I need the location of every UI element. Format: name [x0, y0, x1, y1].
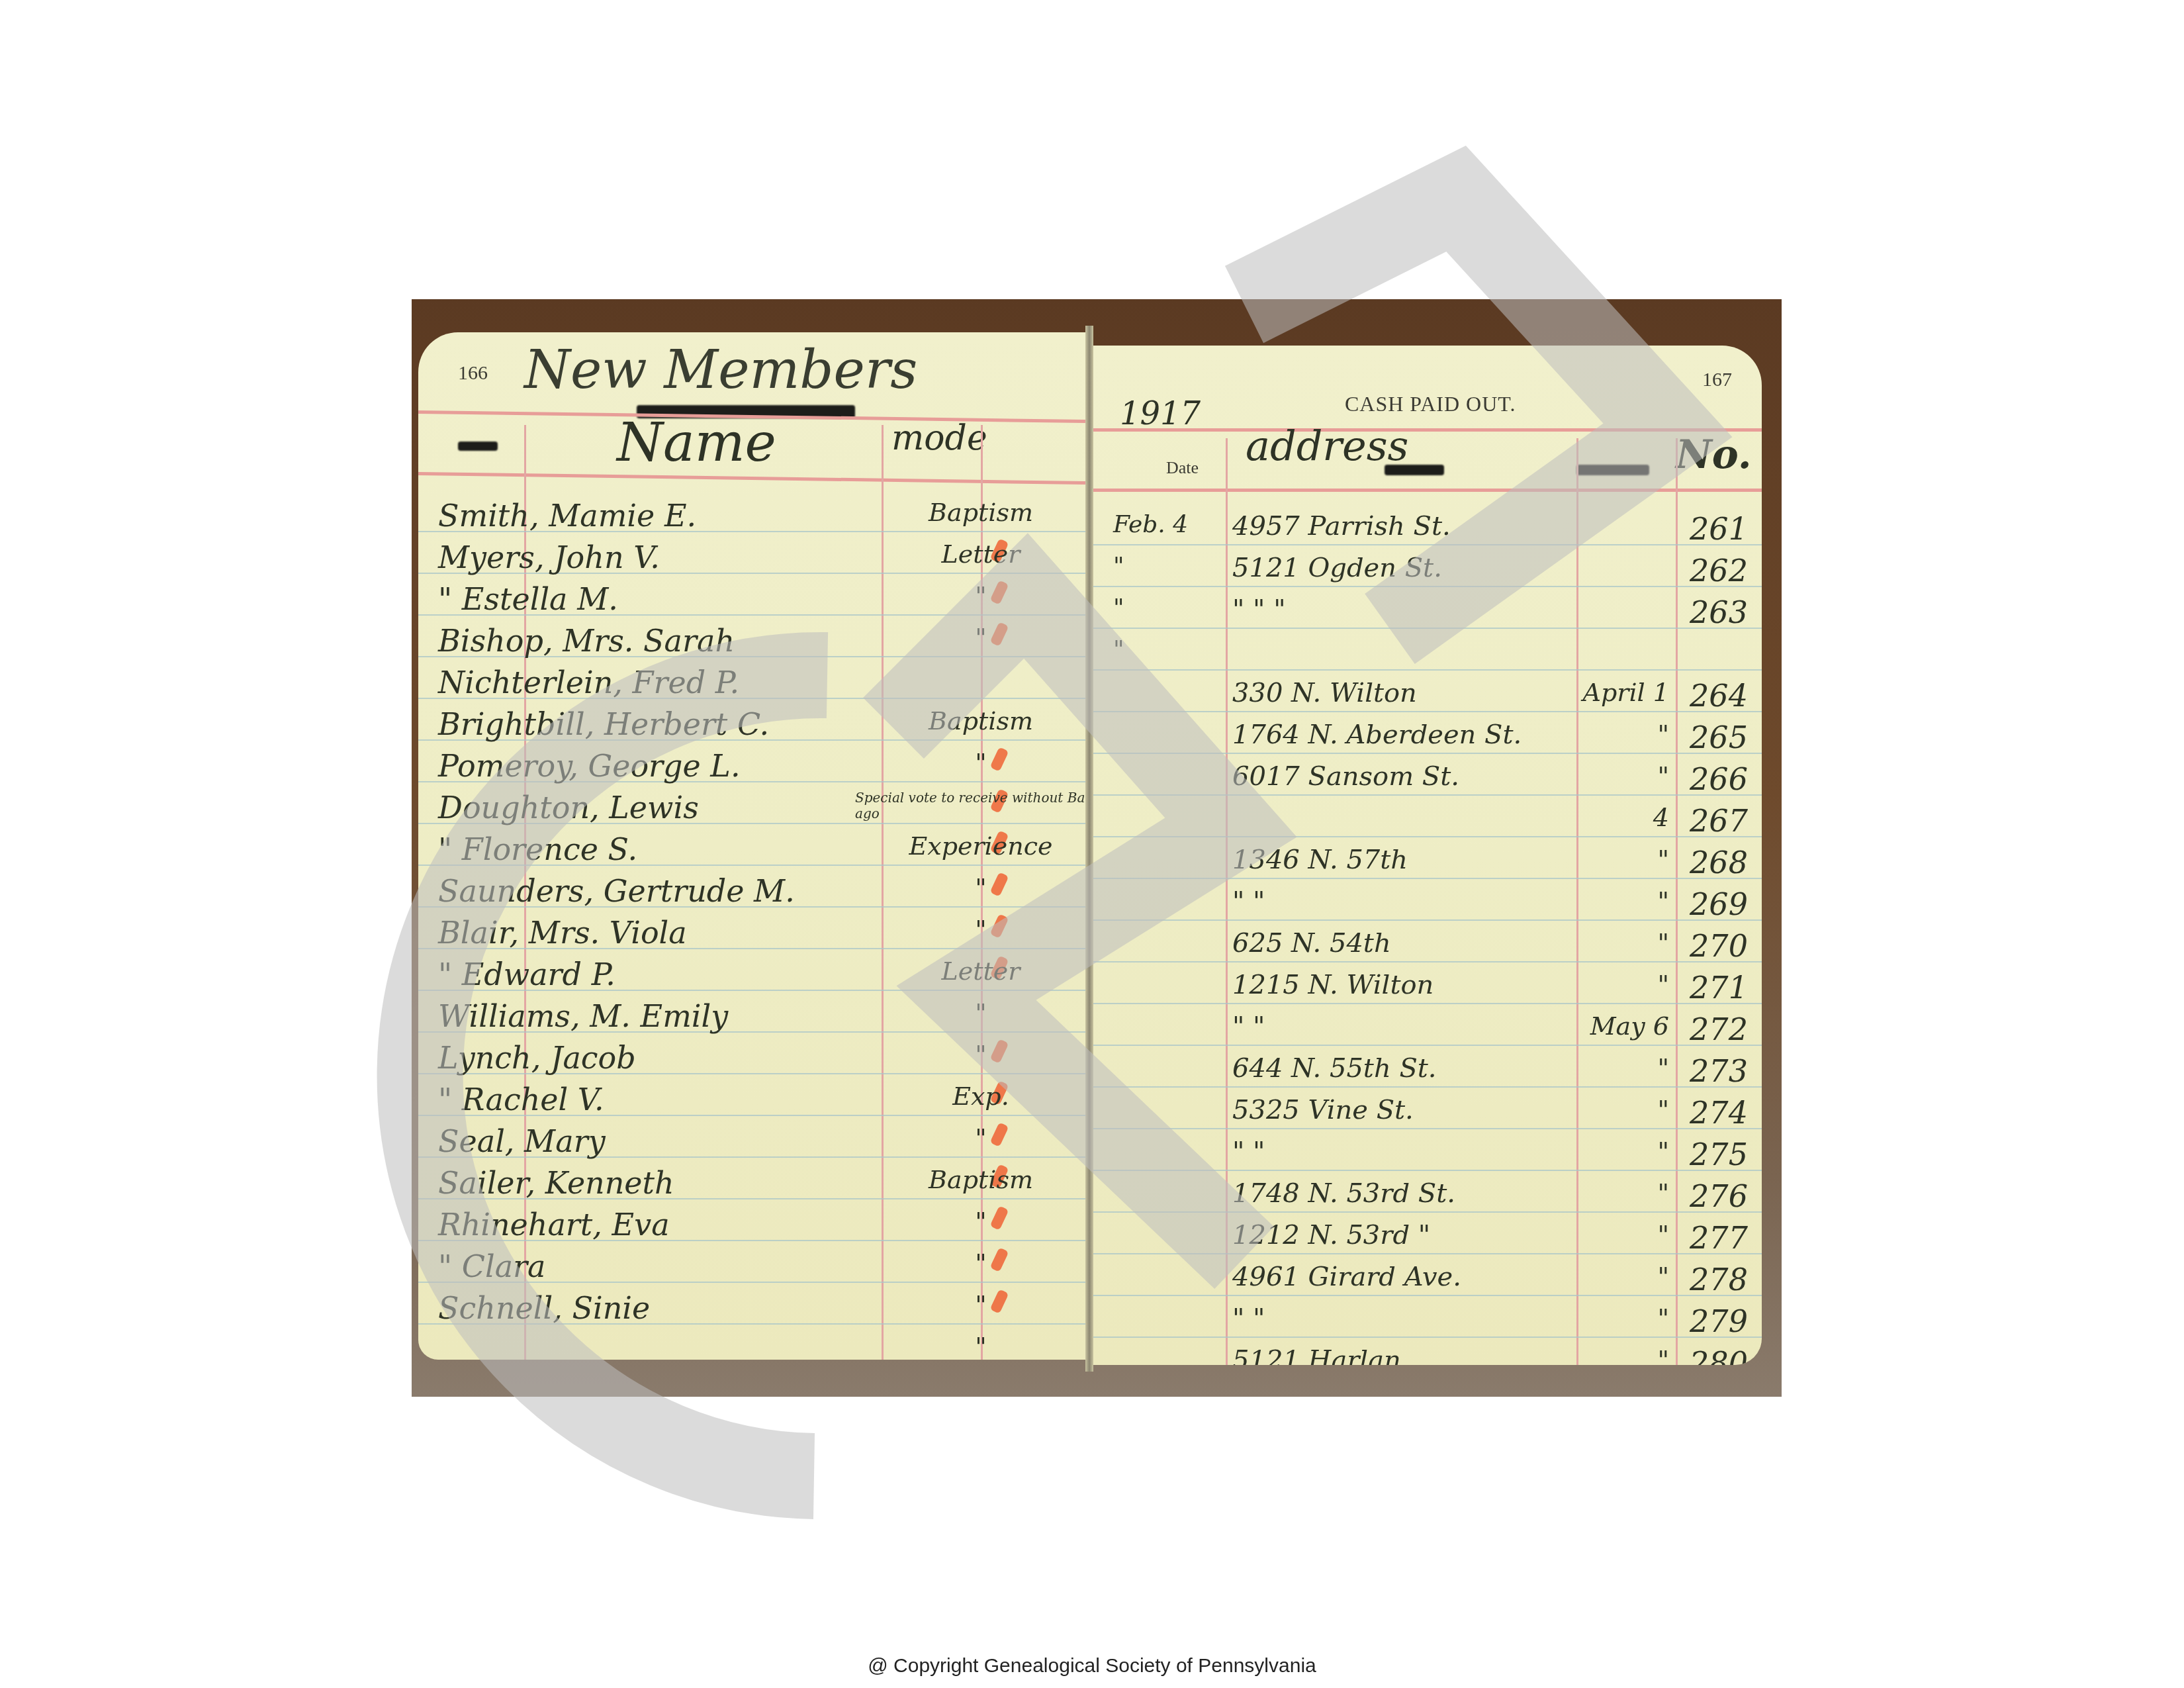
received-date: "	[1504, 1303, 1669, 1333]
received-date: April 1	[1504, 678, 1669, 707]
member-name: Nichterlein, Fred P.	[438, 665, 739, 700]
membership-mode: "	[875, 1332, 1085, 1360]
member-address: 4961 Girard Ave.	[1232, 1262, 1461, 1292]
membership-mode: Letter	[875, 957, 1085, 986]
table-row: 644 N. 55th St."273	[1093, 1053, 1762, 1089]
member-name: " Estella M.	[438, 581, 618, 617]
member-address: 1748 N. 53rd St.	[1232, 1178, 1455, 1209]
entry-date: "	[1113, 636, 1246, 663]
membership-mode: "	[875, 915, 1085, 944]
member-address: " "	[1232, 1011, 1265, 1042]
table-row: Pomeroy, George L."	[418, 748, 1085, 784]
table-row: "5121 Ogden St.262	[1093, 553, 1762, 588]
received-date: "	[1504, 720, 1669, 749]
table-row: 6017 Sansom St."266	[1093, 761, 1762, 797]
member-name: Pomeroy, George L.	[438, 748, 741, 784]
table-row: 1215 N. Wilton"271	[1093, 970, 1762, 1006]
member-address: " " "	[1232, 594, 1286, 625]
member-address: 330 N. Wilton	[1232, 678, 1417, 708]
member-name: Williams, M. Emily	[438, 998, 728, 1034]
table-row: " Rachel V.Exp.	[418, 1082, 1085, 1117]
member-number: 265	[1676, 720, 1762, 755]
member-number: 279	[1676, 1303, 1762, 1339]
table-row: Doughton, LewisSpecial vote to receive w…	[418, 790, 1085, 825]
member-number: 268	[1676, 845, 1762, 880]
table-row: Lynch, Jacob"	[418, 1040, 1085, 1076]
column-header-name: Name	[617, 412, 776, 473]
member-name: Sailer, Kenneth	[438, 1165, 674, 1201]
member-address: " "	[1232, 886, 1265, 917]
membership-mode: "	[875, 1123, 1085, 1152]
member-number: 278	[1676, 1262, 1762, 1297]
member-address: 1764 N. Aberdeen St.	[1232, 720, 1522, 750]
member-name: Saunders, Gertrude M.	[438, 873, 795, 909]
table-row: " ""275	[1093, 1137, 1762, 1172]
table-row: Bishop, Mrs. Sarah"	[418, 623, 1085, 659]
copyright-footer: @ Copyright Genealogical Society of Penn…	[0, 1655, 2184, 1677]
entry-date: Feb. 4	[1113, 511, 1246, 538]
table-row: 1748 N. 53rd St."276	[1093, 1178, 1762, 1214]
redacted-label	[1385, 465, 1444, 475]
column-header-number: No.	[1676, 432, 1752, 478]
member-name: " Edward P.	[438, 957, 615, 992]
table-row: Seal, Mary"	[418, 1123, 1085, 1159]
table-row: Smith, Mamie E.Baptism	[418, 498, 1085, 534]
membership-mode: Baptism	[875, 498, 1085, 527]
member-number: 276	[1676, 1178, 1762, 1214]
table-row: " Edward P.Letter	[418, 957, 1085, 992]
membership-mode: "	[875, 1207, 1085, 1236]
left-page: 166 New Members Name mode Smith, Mamie E…	[418, 332, 1085, 1360]
member-number: 280	[1676, 1345, 1762, 1365]
member-address: 5325 Vine St.	[1232, 1095, 1414, 1125]
received-date: "	[1504, 845, 1669, 874]
member-name: Schnell, Sinie	[438, 1290, 650, 1326]
membership-mode: Experience	[875, 831, 1085, 861]
member-number: 273	[1676, 1053, 1762, 1089]
membership-mode: "	[875, 1248, 1085, 1278]
member-number: 274	[1676, 1095, 1762, 1131]
ledger-title: New Members	[524, 339, 917, 400]
table-row: Sailer, KennethBaptism	[418, 1165, 1085, 1201]
table-row: Brightbill, Herbert C.Baptism	[418, 706, 1085, 742]
membership-mode: Exp.	[875, 1082, 1085, 1111]
entry-date: "	[1113, 553, 1246, 580]
member-number: 271	[1676, 970, 1762, 1006]
member-name: Brightbill, Herbert C.	[438, 706, 769, 742]
membership-mode: "	[875, 1290, 1085, 1319]
member-number: 277	[1676, 1220, 1762, 1256]
membership-mode: "	[875, 581, 1085, 610]
received-date: "	[1504, 1262, 1669, 1291]
member-number: 269	[1676, 886, 1762, 922]
membership-mode: Baptism	[875, 1165, 1085, 1194]
member-name: " Clara	[438, 1248, 546, 1284]
member-number: 262	[1676, 553, 1762, 588]
table-row: " ""269	[1093, 886, 1762, 922]
membership-mode: "	[875, 623, 1085, 652]
table-row: Blair, Mrs. Viola"	[418, 915, 1085, 951]
table-row: " Estella M."	[418, 581, 1085, 617]
received-date: "	[1504, 1053, 1669, 1082]
member-address: 1346 N. 57th	[1232, 845, 1408, 875]
table-row: 5121 Harlan"280	[1093, 1345, 1762, 1365]
received-date: "	[1504, 970, 1669, 999]
member-address: " "	[1232, 1303, 1265, 1334]
table-row: 5325 Vine St."274	[1093, 1095, 1762, 1131]
table-row: Feb. 44957 Parrish St.261	[1093, 511, 1762, 547]
right-page: 167 CASH PAID OUT. 1917 Date address No.…	[1093, 346, 1762, 1365]
table-row: "	[1093, 636, 1762, 672]
member-address: " "	[1232, 1137, 1265, 1167]
table-row: " Florence S.Experience	[418, 831, 1085, 867]
page-number-left: 166	[458, 362, 488, 385]
year: 1917	[1120, 395, 1201, 432]
table-row: Rhinehart, Eva"	[418, 1207, 1085, 1243]
table-row: Williams, M. Emily"	[418, 998, 1085, 1034]
received-date: "	[1504, 1137, 1669, 1166]
received-date: "	[1504, 1220, 1669, 1249]
table-row: Myers, John V.Letter	[418, 539, 1085, 575]
member-name: Smith, Mamie E.	[438, 498, 696, 534]
redacted-label	[1576, 465, 1649, 475]
member-address: 4957 Parrish St.	[1232, 511, 1451, 541]
table-row: "" " "263	[1093, 594, 1762, 630]
member-address: 644 N. 55th St.	[1232, 1053, 1437, 1084]
member-number: 270	[1676, 928, 1762, 964]
member-name: Lynch, Jacob	[438, 1040, 636, 1076]
member-number: 266	[1676, 761, 1762, 797]
table-row: 625 N. 54th"270	[1093, 928, 1762, 964]
member-address: 5121 Harlan	[1232, 1345, 1401, 1365]
member-name: Seal, Mary	[438, 1123, 606, 1159]
table-row: 1346 N. 57th"268	[1093, 845, 1762, 880]
membership-mode: "	[875, 1040, 1085, 1069]
membership-mode: "	[875, 998, 1085, 1027]
member-address: 5121 Ogden St.	[1232, 553, 1442, 583]
member-name: Myers, John V.	[438, 539, 660, 575]
member-name: Rhinehart, Eva	[438, 1207, 670, 1243]
membership-mode: Letter	[875, 539, 1085, 569]
column-header-date: Date	[1166, 458, 1199, 478]
received-date: "	[1504, 761, 1669, 790]
member-address: 1212 N. 53rd "	[1232, 1220, 1430, 1250]
table-row: Schnell, Sinie"	[418, 1290, 1085, 1326]
header-rule-bottom	[418, 472, 1085, 485]
member-number: 261	[1676, 511, 1762, 547]
table-row: 1212 N. 53rd ""277	[1093, 1220, 1762, 1256]
ledger-photo: 166 New Members Name mode Smith, Mamie E…	[412, 299, 1782, 1397]
received-date: "	[1504, 928, 1669, 957]
column-header-address: address	[1246, 422, 1408, 470]
membership-mode: Baptism	[875, 706, 1085, 735]
table-row: "	[418, 1332, 1085, 1360]
member-number: 272	[1676, 1011, 1762, 1047]
table-row: 4961 Girard Ave."278	[1093, 1262, 1762, 1297]
received-date: "	[1504, 1095, 1669, 1124]
member-number: 267	[1676, 803, 1762, 839]
table-row: 4267	[1093, 803, 1762, 839]
received-date: "	[1504, 1345, 1669, 1365]
header-rule-bottom	[1093, 489, 1762, 492]
received-date: "	[1504, 1178, 1669, 1207]
received-date: May 6	[1504, 1011, 1669, 1041]
member-number: 264	[1676, 678, 1762, 714]
received-date: "	[1504, 886, 1669, 915]
member-name: Doughton, Lewis	[438, 790, 699, 825]
table-row: Saunders, Gertrude M."	[418, 873, 1085, 909]
table-row: " Clara"	[418, 1248, 1085, 1284]
entry-date: "	[1113, 594, 1246, 622]
book-gutter	[1085, 326, 1093, 1372]
member-name: " Florence S.	[438, 831, 637, 867]
column-header-mode: mode	[891, 418, 987, 458]
membership-mode: Special vote to receive without Baptism …	[855, 790, 1085, 821]
member-name: " Rachel V.	[438, 1082, 604, 1117]
header-rule-top	[1093, 428, 1762, 432]
member-address: 6017 Sansom St.	[1232, 761, 1459, 792]
page-number-right: 167	[1702, 369, 1732, 391]
redacted-date-label	[458, 442, 498, 451]
table-row: " ""279	[1093, 1303, 1762, 1339]
table-row: " "May 6272	[1093, 1011, 1762, 1047]
member-address: 625 N. 54th	[1232, 928, 1391, 959]
received-date: 4	[1504, 803, 1669, 832]
member-number: 275	[1676, 1137, 1762, 1172]
printed-heading: CASH PAID OUT.	[1345, 392, 1516, 416]
member-address: 1215 N. Wilton	[1232, 970, 1433, 1000]
table-row: 1764 N. Aberdeen St."265	[1093, 720, 1762, 755]
member-number: 263	[1676, 594, 1762, 630]
member-name: Blair, Mrs. Viola	[438, 915, 687, 951]
table-row: 330 N. WiltonApril 1264	[1093, 678, 1762, 714]
membership-mode: "	[875, 748, 1085, 777]
table-row: Nichterlein, Fred P.	[418, 665, 1085, 700]
membership-mode: "	[875, 873, 1085, 902]
member-name: Bishop, Mrs. Sarah	[438, 623, 735, 659]
